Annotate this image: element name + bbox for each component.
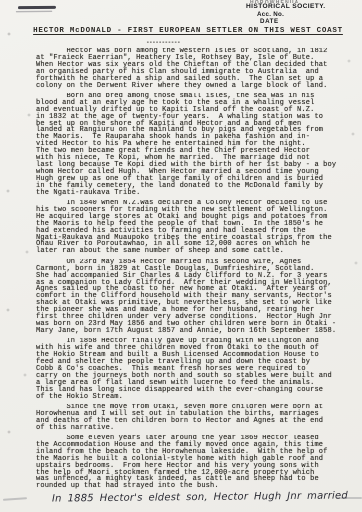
paper-specks (0, 0, 2, 2)
pen-smudge (336, 497, 362, 499)
stamp-date-line: DATE (246, 18, 326, 25)
body-paragraph: In 1858 Hector finally gave up trading w… (36, 338, 346, 400)
body-paragraph: Hector was born among the western Isles … (36, 48, 346, 89)
document-page: HOROWHENUA HISTORICAL SOCIETY. Acc. No. … (0, 0, 362, 512)
pen-smudge (3, 497, 27, 501)
stamp-society-line: HISTORICAL SOCIETY. (246, 3, 326, 11)
stamp-partial-line: HOROWHENUA (250, 0, 326, 3)
accession-stamp: HOROWHENUA HISTORICAL SOCIETY. Acc. No. … (246, 0, 326, 25)
body-paragraph: Born and bred among those small isles, t… (36, 93, 346, 197)
body-paragraph: Some eleven years later around the year … (36, 435, 346, 490)
body-paragraph: In 1840 when N.Z.was declared a Colony H… (36, 200, 346, 255)
body-paragraph: Since the move from Otaki, seven more ch… (36, 404, 346, 432)
stamp-acc-no-line: Acc. No. (246, 11, 326, 18)
document-title: HECTOR McDONALD - FIRST EUROPEAN SETTLER… (24, 27, 352, 35)
body-paragraph: On 23rd May 1854 Hector married his seco… (36, 259, 346, 335)
document-body: Hector was born among the western Isles … (36, 48, 346, 494)
pen-mark (18, 6, 56, 9)
handwritten-note: In 1885 Hector's eldest son, Hector Hugh… (52, 490, 348, 504)
title-separator: ----------- (0, 39, 344, 46)
